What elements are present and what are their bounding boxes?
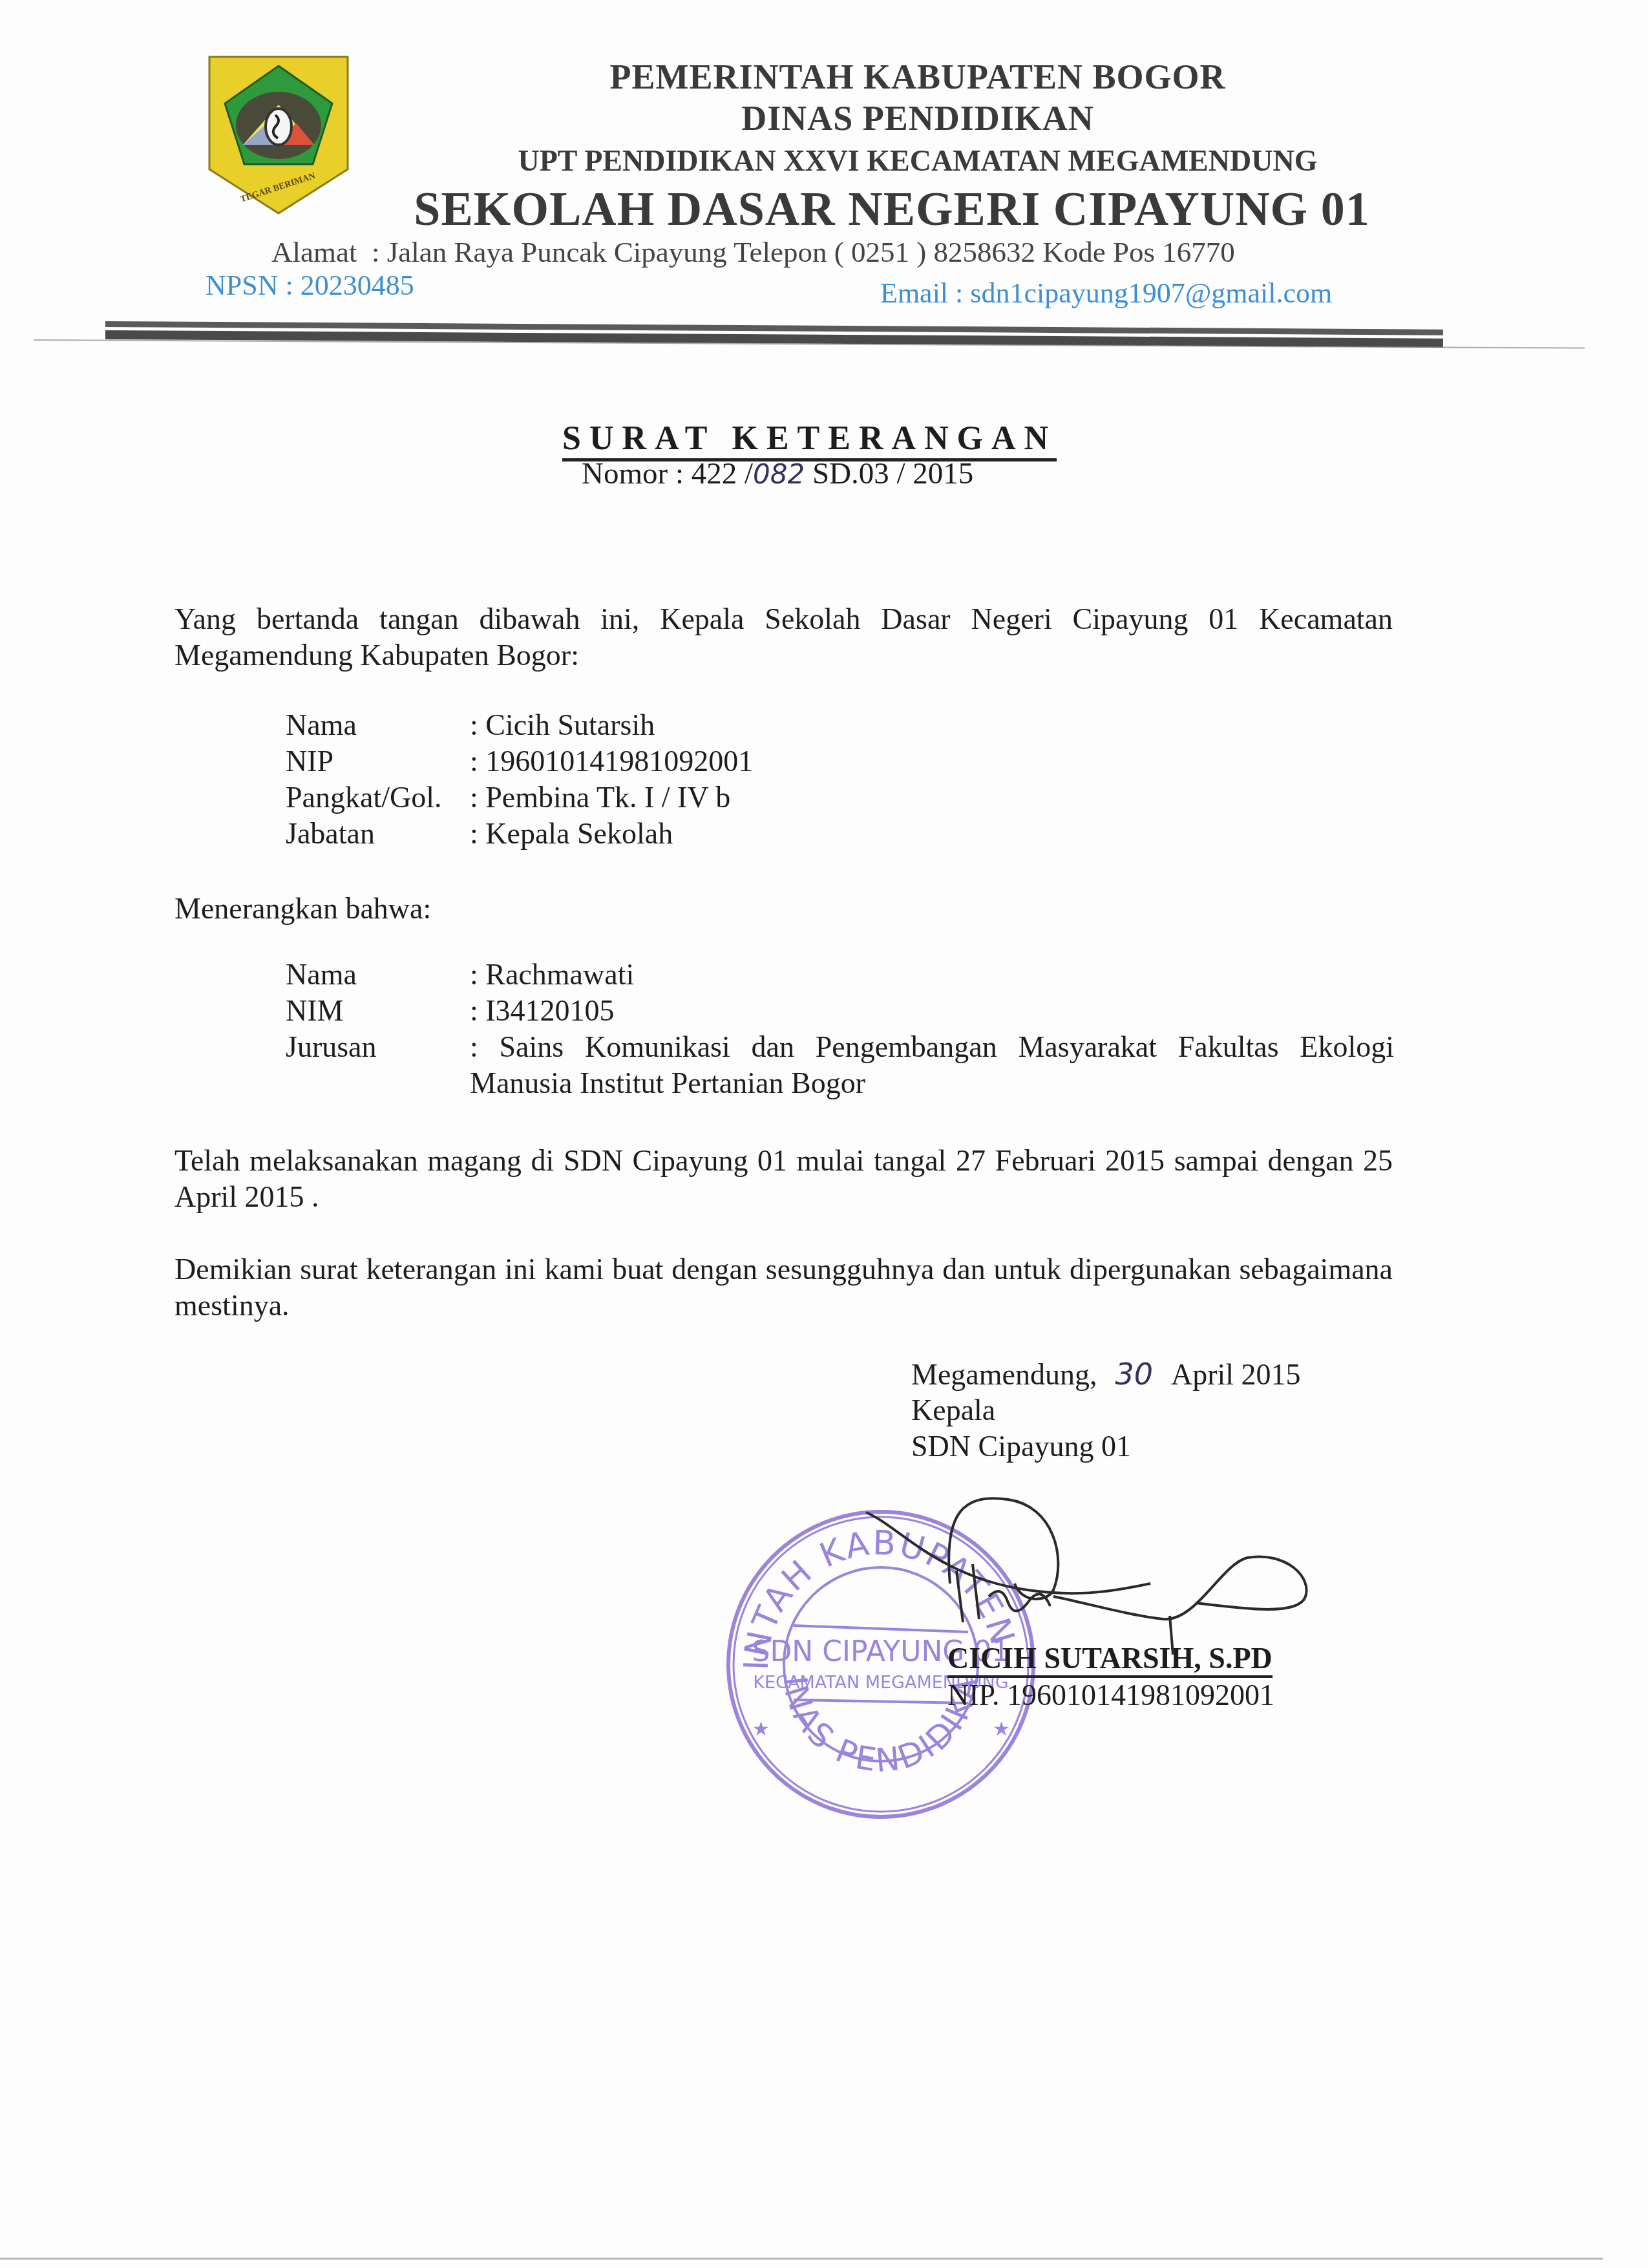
- letterhead-address: Alamat : Jalan Raya Puncak Cipayung Tele…: [271, 235, 1235, 269]
- letterhead-department: DINAS PENDIDIKAN: [362, 98, 1474, 138]
- letterhead-government: PEMERINTAH KABUPATEN BOGOR: [362, 57, 1474, 97]
- kabupaten-bogor-crest-icon: TEGAR BERIMAN: [206, 53, 352, 216]
- closing-paragraph: Demikian surat keterangan ini kami buat …: [174, 1251, 1393, 1324]
- field-value: : Sains Komunikasi dan Pengembangan Masy…: [470, 1029, 1394, 1101]
- document-number-prefix: Nomor : 422 /: [582, 457, 753, 491]
- field-label: Nama: [286, 707, 357, 743]
- document-title: SURAT KETERANGAN: [562, 420, 1057, 461]
- signatory-nip: NIP. 196010141981092001: [947, 1678, 1274, 1712]
- signature-organization: SDN Cipayung 01: [911, 1428, 1131, 1465]
- field-label: Jurusan: [286, 1029, 377, 1065]
- field-value: : Kepala Sekolah: [470, 816, 673, 852]
- field-label: NIM: [286, 993, 343, 1029]
- letterhead-school-name: SEKOLAH DASAR NEGERI CIPAYUNG 01: [336, 182, 1448, 237]
- field-label: Jabatan: [286, 816, 375, 852]
- letterhead-npsn: NPSN : 20230485: [206, 269, 414, 302]
- signature-month-year: April 2015: [1171, 1358, 1301, 1391]
- signature-place: Megamendung,: [911, 1358, 1097, 1391]
- internship-statement: Telah melaksanakan magang di SDN Cipayun…: [174, 1143, 1393, 1215]
- opening-paragraph: Yang bertanda tangan dibawah ini, Kepala…: [174, 601, 1393, 673]
- field-label: Pangkat/Gol.: [286, 779, 441, 816]
- field-value: : Pembina Tk. I / IV b: [470, 779, 730, 816]
- field-value: : Rachmawati: [470, 957, 634, 993]
- document-number-handwritten: 082: [753, 458, 805, 490]
- field-value: : I34120105: [470, 993, 615, 1029]
- scan-edge: [0, 2258, 1603, 2260]
- svg-text:★: ★: [752, 1719, 770, 1740]
- field-label: Nama: [286, 957, 357, 993]
- document-number: Nomor : 422 /082 SD.03 / 2015: [582, 456, 973, 491]
- document-number-suffix: SD.03 / 2015: [805, 457, 973, 491]
- field-value: : 196010141981092001: [470, 743, 753, 779]
- field-value: : Cicih Sutarsih: [470, 707, 655, 743]
- signature-date: Megamendung,30April 2015: [911, 1356, 1301, 1393]
- field-label: NIP: [286, 743, 333, 779]
- svg-text:★: ★: [993, 1719, 1010, 1740]
- signature-day-handwritten: 30: [1115, 1357, 1153, 1392]
- declares-paragraph: Menerangkan bahwa:: [174, 891, 1393, 927]
- letterhead-upt: UPT PENDIDIKAN XXVI KECAMATAN MEGAMENDUN…: [362, 143, 1474, 178]
- handwritten-signature-icon: [860, 1487, 1325, 1655]
- letterhead-email: Email : sdn1cipayung1907@gmail.com: [880, 277, 1332, 310]
- signature-role: Kepala: [911, 1392, 995, 1428]
